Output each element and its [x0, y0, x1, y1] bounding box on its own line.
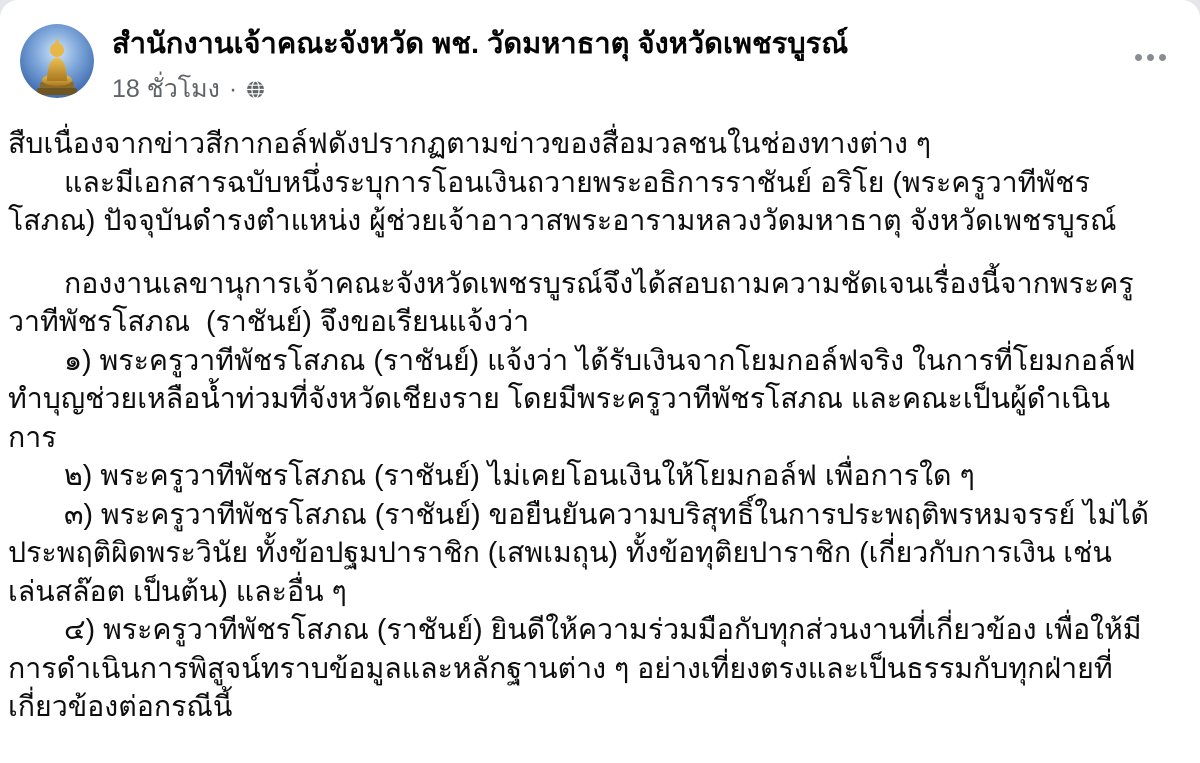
post-text: สืบเนื่องจากข่าวสีกากอล์ฟดังปรากฏตามข่าว…: [0, 109, 1200, 727]
post-paragraph: ๑) พระครูวาทีพัชรโสภณ (ราชันย์) แจ้งว่า …: [8, 342, 1190, 458]
post-header: สำนักงานเจ้าคณะจังหวัด พช. วัดมหาธาตุ จั…: [0, 0, 1200, 109]
buddha-statue-avatar-image: [20, 24, 94, 98]
post-paragraph: สืบเนื่องจากข่าวสีกากอล์ฟดังปรากฏตามข่าว…: [8, 125, 1190, 164]
page-avatar[interactable]: [20, 24, 94, 98]
post-meta: 18 ชั่วโมง ·: [112, 69, 848, 109]
post-paragraph: ๓) พระครูวาทีพัชรโสภณ (ราชันย์) ขอยืนยัน…: [8, 496, 1190, 612]
post-header-text: สำนักงานเจ้าคณะจังหวัด พช. วัดมหาธาตุ จั…: [112, 24, 848, 109]
meta-separator-dot: ·: [229, 77, 237, 102]
globe-icon: [246, 80, 265, 99]
post-paragraph: ๒) พระครูวาทีพัชรโสภณ (ราชันย์) ไม่เคยโอ…: [8, 457, 1190, 496]
post-paragraph: และมีเอกสารฉบับหนึ่งระบุการโอนเงินถวายพร…: [8, 164, 1190, 241]
more-options-button[interactable]: [1129, 44, 1172, 71]
facebook-post-card: สำนักงานเจ้าคณะจังหวัด พช. วัดมหาธาตุ จั…: [0, 0, 1200, 763]
post-timestamp[interactable]: 18 ชั่วโมง: [112, 69, 220, 109]
post-paragraph: กองงานเลขานุการเจ้าคณะจังหวัดเพชรบูรณ์จึ…: [8, 265, 1190, 342]
more-horizontal-icon: [1159, 54, 1166, 61]
post-paragraph: ๔) พระครูวาทีพัชรโสภณ (ราชันย์) ยินดีให้…: [8, 611, 1190, 727]
more-horizontal-icon: [1135, 54, 1142, 61]
more-horizontal-icon: [1147, 54, 1154, 61]
page-name-link[interactable]: สำนักงานเจ้าคณะจังหวัด พช. วัดมหาธาตุ จั…: [112, 26, 848, 62]
